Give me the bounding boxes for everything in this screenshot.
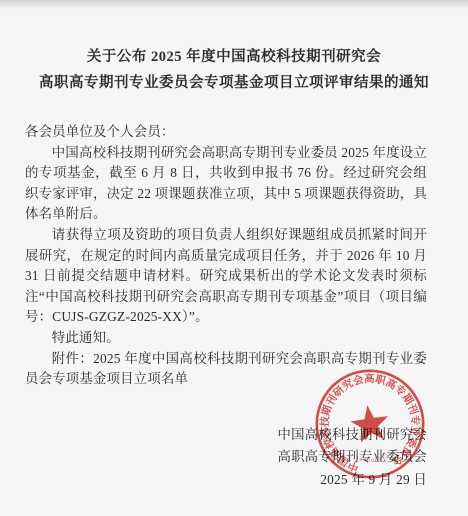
seal-star-icon xyxy=(349,403,392,444)
closing-line: 特此通知。 xyxy=(25,328,427,349)
body-paragraph-1: 中国高校科技期刊研究会高职高专期刊专业委员 2025 年度设立的专项基金，截至 … xyxy=(25,143,427,225)
body-paragraph-2: 请获得立项及资助的项目负责人组织好课题组成员抓紧时间开展研究，在规定的时间内高质… xyxy=(25,225,427,328)
notice-title-line-2: 高职高专期刊专业委员会专项基金项目立项评审结果的通知 xyxy=(18,70,450,96)
seal-code: 1800001131 xyxy=(354,451,395,466)
notice-title: 关于公布 2025 年度中国高校科技期刊研究会 高职高专期刊专业委员会专项基金项… xyxy=(18,44,450,96)
notice-body: 各会员单位及个人会员： 中国高校科技期刊研究会高职高专期刊专业委员 2025 年… xyxy=(25,122,427,390)
notice-title-line-1: 关于公布 2025 年度中国高校科技期刊研究会 xyxy=(18,44,450,70)
salutation: 各会员单位及个人会员： xyxy=(25,122,427,143)
scan-edge-shadow xyxy=(0,0,468,9)
official-seal: 中国高校科技期刊研究会高职高专期刊专业委员会 1800001131 xyxy=(306,360,435,489)
document-page: { "document": { "title_line1": "关于公布 202… xyxy=(0,0,468,516)
svg-text:1800001131: 1800001131 xyxy=(354,451,395,466)
